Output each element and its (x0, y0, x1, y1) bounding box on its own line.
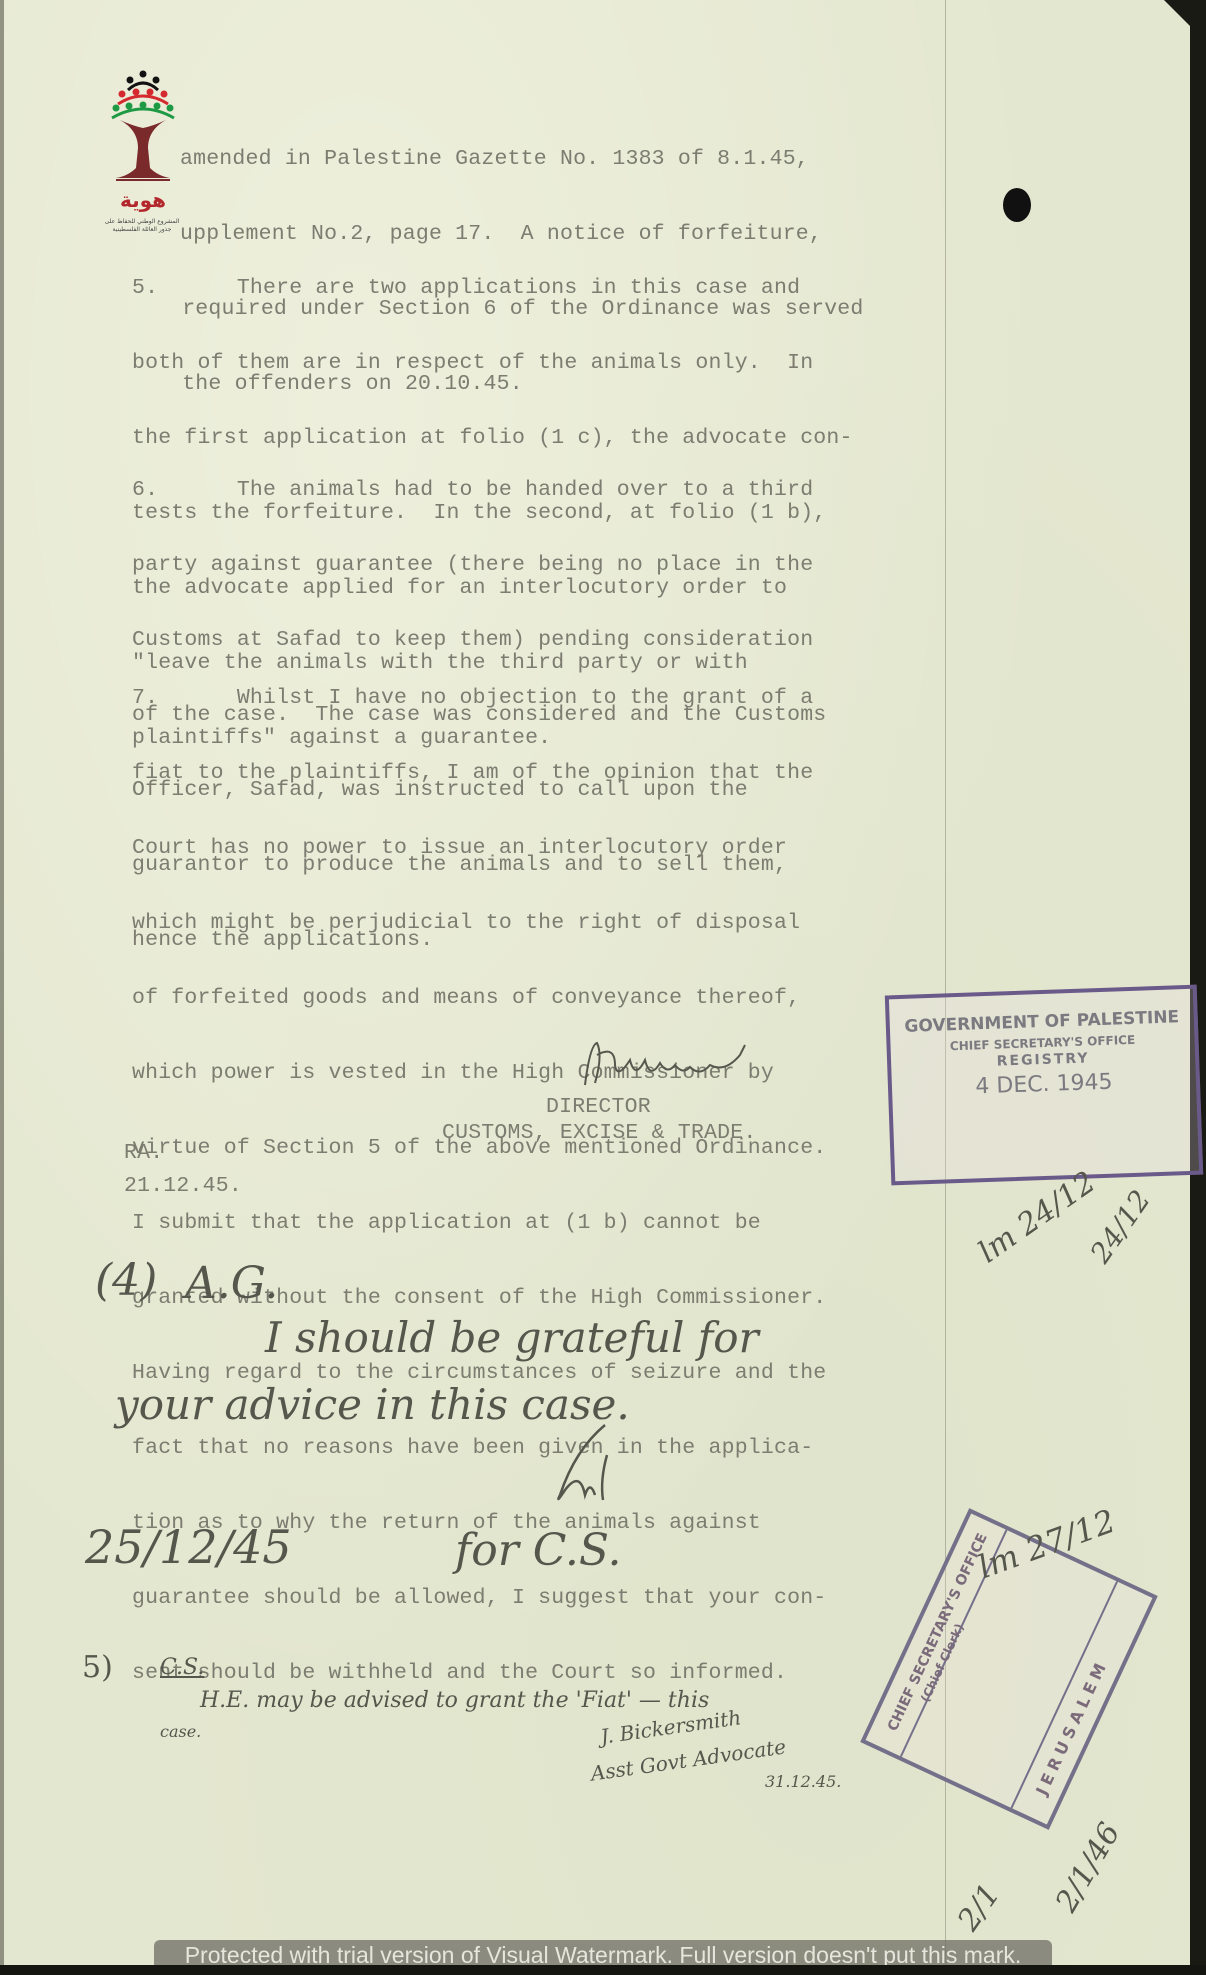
stamp-date: 4 DEC. 1945 (892, 1067, 1197, 1103)
signature-department: CUSTOMS, EXCISE & TRADE. (442, 1121, 756, 1146)
minute-4-number: (4) (95, 1255, 157, 1306)
minute-4-signoff: for C.S. (455, 1525, 621, 1576)
hawiya-logo: هوية المشروع الوطني للحفاظ على جذور العا… (108, 68, 178, 238)
logo-wordmark: هوية (108, 188, 178, 212)
text-line: fact that no reasons have been given in … (132, 1436, 826, 1461)
stamp-divider (1011, 1581, 1118, 1808)
initials: RA. (124, 1141, 163, 1166)
minute-5-line-2: case. (160, 1722, 201, 1741)
text-line: 6. The animals had to be handed over to … (132, 478, 826, 503)
minute-5-line-1: H.E. may be advised to grant the 'Fiat' … (200, 1688, 709, 1713)
registry-stamp: GOVERNMENT OF PALESTINE CHIEF SECRETARY'… (885, 985, 1203, 1186)
text-line: of forfeited goods and means of conveyan… (132, 986, 826, 1011)
scan-edge (0, 1965, 1206, 1975)
director-signature (575, 1035, 815, 1095)
page-edge (0, 0, 4, 1965)
text-line: I submit that the application at (1 b) c… (132, 1211, 826, 1236)
text-line: 5. There are two applications in this ca… (132, 276, 853, 301)
minute-5-number: 5) (82, 1650, 113, 1685)
text-line: Court has no power to issue an interlocu… (132, 836, 826, 861)
bottom-note-2: 2/1 (951, 1878, 1007, 1938)
document-page: هوية المشروع الوطني للحفاظ على جذور العا… (0, 0, 1190, 1965)
text-line: which might be perjudicial to the right … (132, 911, 826, 936)
signature-title: DIRECTOR (546, 1095, 651, 1120)
corner-fold (1164, 0, 1190, 26)
text-line: amended in Palestine Gazette No. 1383 of… (180, 147, 864, 172)
minute-5-date: 31.12.45. (765, 1772, 841, 1791)
text-line: party against guarantee (there being no … (132, 553, 826, 578)
text-line: 7. Whilst I have no objection to the gra… (132, 686, 826, 711)
text-line: fiat to the plaintiffs, I am of the opin… (132, 761, 826, 786)
stamp-office-text: CHIEF SECRETARY'S OFFICE (885, 1531, 991, 1734)
minute-4-initial (545, 1420, 635, 1510)
punch-hole (1003, 188, 1031, 222)
text-line: sent should be withheld and the Court so… (132, 1661, 826, 1686)
bottom-note-1: 2/1/46 (1049, 1817, 1128, 1918)
minute-4-date: 25/12/45 (85, 1520, 292, 1574)
minute-4-addressee: A.G. (185, 1258, 278, 1309)
family-tree-icon (108, 68, 178, 188)
text-line: both of them are in respect of the anima… (132, 351, 853, 376)
document-date: 21.12.45. (124, 1174, 242, 1199)
minute-5-addressee: C.S. (160, 1655, 204, 1680)
minute-4-line-1: I should be grateful for (265, 1313, 759, 1362)
text-line: guarantee should be allowed, I suggest t… (132, 1586, 826, 1611)
